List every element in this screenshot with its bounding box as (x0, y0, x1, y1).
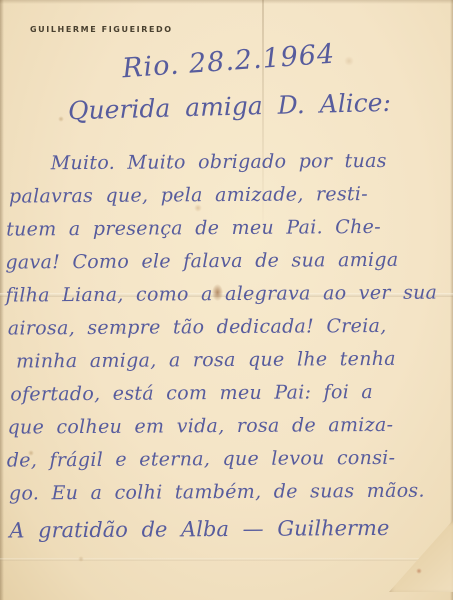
letterhead-name: GUILHERME FIGUEIREDO (30, 25, 173, 34)
letter-body: Muito. Muito obrigado por tuas palavras … (5, 144, 453, 550)
letter-line: minha amiga, a rosa que lhe tenha (16, 342, 451, 378)
paper-edge-left (0, 0, 4, 600)
letter-line: go. Eu a colhi também, de suas mãos. (9, 474, 452, 510)
letter-line: Muito. Muito obrigado por tuas (51, 144, 450, 180)
letter-line: airosa, sempre tão dedicada! Creia, (8, 309, 451, 345)
letter-line: palavras que, pela amizade, resti- (9, 177, 450, 213)
lower-crease (0, 558, 453, 561)
letter-line: tuem a presença de meu Pai. Che- (6, 210, 450, 246)
closing-signature-line: A gratidão de Alba — Guilherme (9, 507, 452, 550)
letter-line: ofertado, está com meu Pai: foi a (10, 375, 451, 411)
letter-line: que colheu em vida, rosa de amiza- (7, 408, 451, 444)
letter-line: de, frágil e eterna, que levou consi- (7, 441, 452, 477)
paper-edge-top (0, 0, 453, 4)
scanned-letter: GUILHERME FIGUEIREDO Rio. 28.2.1964 Quer… (0, 0, 453, 600)
letter-line: gava! Como ele falava de sua amiga (5, 243, 450, 279)
letter-line: filha Liana, como a alegrava ao ver sua (6, 276, 451, 312)
